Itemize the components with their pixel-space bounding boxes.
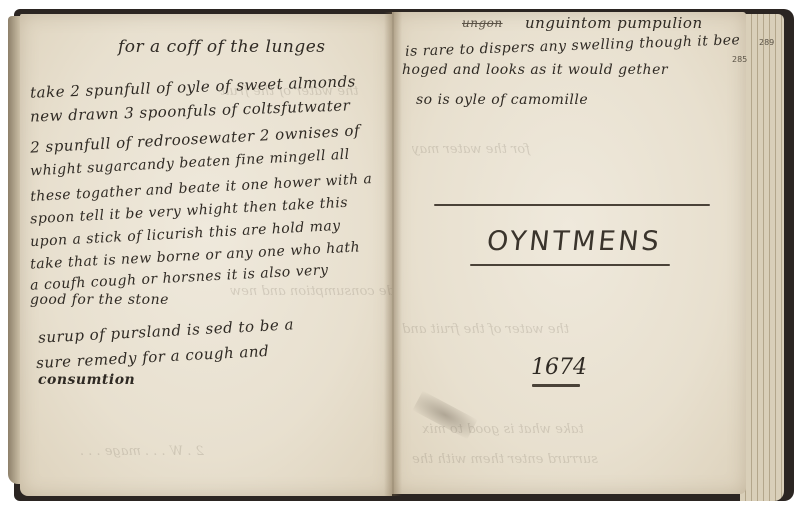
- year-underline: [532, 384, 580, 387]
- note-line: consumtion: [38, 372, 135, 388]
- folio-number: 285: [732, 55, 747, 64]
- recipe-line: good for the stone: [30, 292, 169, 308]
- title-bottom-rule: [470, 264, 670, 266]
- left-page-heading: for a coff of the lunges: [118, 37, 326, 57]
- right-page-line: so is oyle of camomille: [416, 92, 588, 108]
- section-title: OYNTMENS: [485, 226, 663, 257]
- right-page-edges: [740, 14, 784, 501]
- right-page-line: hoged and looks as it would gether: [402, 62, 668, 78]
- title-top-rule: [434, 204, 710, 206]
- year-label: 1674: [531, 355, 587, 380]
- book-gutter: [384, 12, 402, 496]
- right-page-line: unguintom pumpulion: [525, 14, 703, 32]
- struck-word: ungon: [462, 16, 503, 30]
- folio-number: 289: [759, 38, 774, 47]
